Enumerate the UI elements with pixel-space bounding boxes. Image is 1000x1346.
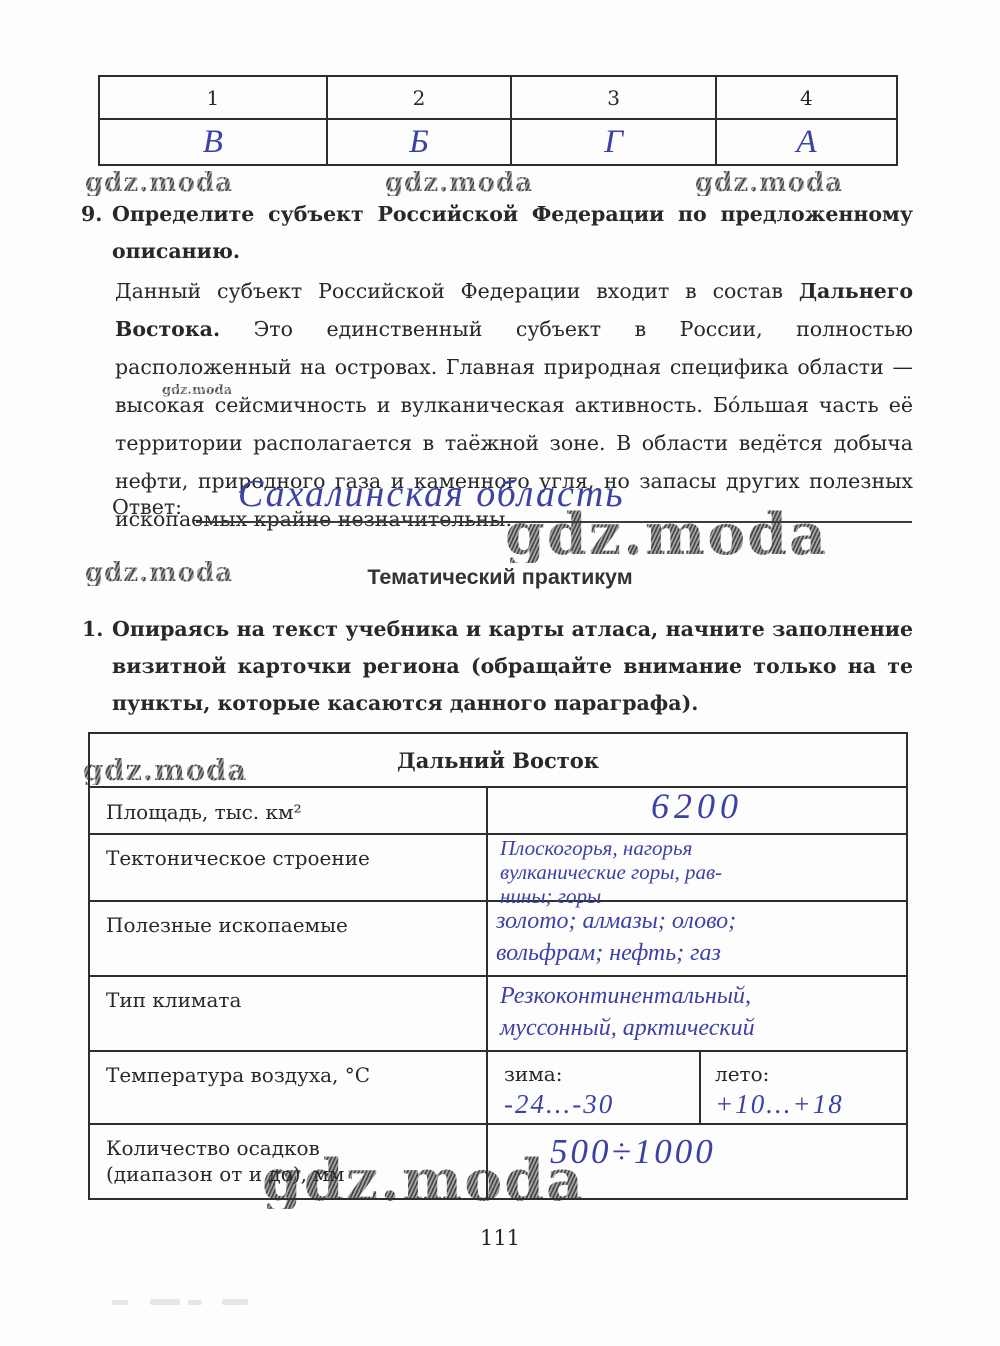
- row-value-area: 6200: [488, 788, 906, 833]
- answer-cell-2: Б: [328, 120, 513, 164]
- table-row-area: Площадь, тыс. км² 6200: [90, 788, 906, 835]
- winter-cell: зима: -24...-30: [488, 1052, 701, 1123]
- handwritten-precipitation-value: 500÷1000: [488, 1125, 906, 1172]
- row-label-text: Количество осадков (диапазон от и до), м…: [106, 1135, 416, 1187]
- region-card-table: Дальний Восток Площадь, тыс. км² 6200 Те…: [88, 732, 908, 1200]
- practicum-item-1: 1. Опираясь на текст учебника и карты ат…: [112, 611, 913, 722]
- workbook-page: 1 2 3 4 В Б Г А gdz.moda gdz.moda gdz.mo…: [0, 0, 1000, 1346]
- page-number: 111: [0, 1226, 1000, 1250]
- row-value-tectonics: Плоскогорья, нагорья вулканические горы,…: [488, 835, 906, 900]
- row-label-text: Площадь, тыс. км²: [106, 799, 416, 825]
- watermark: gdz.moda: [85, 170, 233, 196]
- table-row-tectonics: Тектоническое строение Плоскогорья, наго…: [90, 835, 906, 902]
- answer-cell-4: А: [717, 120, 896, 164]
- row-label-climate: Тип климата: [90, 977, 488, 1050]
- practicum-heading: Тематический практикум: [0, 565, 1000, 590]
- answer-cell-3: Г: [512, 120, 717, 164]
- handwritten-answer-4: А: [796, 124, 816, 161]
- answers-table-header-1: 1: [100, 77, 328, 120]
- summer-cell: лето: +10...+18: [701, 1052, 906, 1123]
- answers-table-header-2: 2: [328, 77, 513, 120]
- practicum-item-1-text: Опираясь на текст учебника и карты атлас…: [112, 617, 913, 715]
- scan-smudge: [150, 1299, 180, 1305]
- handwritten-area-value: 6200: [651, 785, 743, 833]
- scan-smudge: [188, 1300, 202, 1305]
- answers-table-header-4: 4: [717, 77, 896, 120]
- handwritten-climate-value: Резкоконтинентальный, муссонный, арктиче…: [488, 977, 906, 1044]
- row-label-text: Тип климата: [106, 987, 416, 1013]
- question-9-number: 9.: [81, 196, 102, 233]
- question-9-text: Определите субъект Российской Федерации …: [112, 202, 913, 263]
- row-label-text: Тектоническое строение: [106, 845, 416, 871]
- handwritten-answer-3: Г: [604, 124, 623, 161]
- scan-smudge: [222, 1299, 248, 1305]
- row-label-tectonics: Тектоническое строение: [90, 835, 488, 900]
- row-label-text: Температура воздуха, °С: [106, 1062, 416, 1088]
- table-row-temperature: Температура воздуха, °С зима: -24...-30 …: [90, 1052, 906, 1125]
- handwritten-winter-temperature: -24...-30: [504, 1089, 699, 1120]
- handwritten-tectonics-value: Плоскогорья, нагорья вулканические горы,…: [488, 835, 906, 908]
- table-row-precipitation: Количество осадков (диапазон от и до), м…: [90, 1125, 906, 1198]
- description-segment: Данный субъект Российской Федерации вход…: [115, 279, 799, 303]
- row-label-text: Полезные ископаемые: [106, 912, 416, 938]
- watermark: gdz.moda: [695, 170, 843, 196]
- answers-table-header-3: 3: [512, 77, 717, 120]
- row-label-temperature: Температура воздуха, °С: [90, 1052, 488, 1123]
- row-value-temperature: зима: -24...-30 лето: +10...+18: [488, 1052, 906, 1123]
- row-value-climate: Резкоконтинентальный, муссонный, арктиче…: [488, 977, 906, 1050]
- table-row-minerals: Полезные ископаемые золото; алмазы; олов…: [90, 902, 906, 977]
- table-row-climate: Тип климата Резкоконтинентальный, муссон…: [90, 977, 906, 1052]
- handwritten-answer-2: Б: [409, 124, 428, 161]
- row-label-minerals: Полезные ископаемые: [90, 902, 488, 975]
- winter-label: зима:: [504, 1062, 699, 1086]
- watermark: gdz.moda: [385, 170, 533, 196]
- handwritten-summer-temperature: +10...+18: [715, 1089, 906, 1120]
- region-table-title: Дальний Восток: [90, 734, 906, 788]
- answers-table: 1 2 3 4 В Б Г А: [98, 75, 898, 166]
- handwritten-region-answer: Сахалинская область: [238, 472, 625, 516]
- scan-smudge: [112, 1300, 128, 1305]
- handwritten-answer-1: В: [203, 124, 223, 161]
- answer-label: Ответ:: [112, 495, 182, 519]
- practicum-item-1-number: 1.: [82, 611, 103, 648]
- row-label-precipitation: Количество осадков (диапазон от и до), м…: [90, 1125, 488, 1198]
- answer-underline: [196, 521, 912, 523]
- answer-cell-1: В: [100, 120, 328, 164]
- row-label-area: Площадь, тыс. км²: [90, 788, 488, 833]
- question-9: 9. Определите субъект Российской Федерац…: [112, 196, 913, 270]
- handwritten-minerals-value: золото; алмазы; олово; вольфрам; нефть; …: [488, 902, 906, 969]
- row-value-precipitation: 500÷1000: [488, 1125, 906, 1198]
- row-value-minerals: золото; алмазы; олово; вольфрам; нефть; …: [488, 902, 906, 975]
- summer-label: лето:: [715, 1062, 906, 1086]
